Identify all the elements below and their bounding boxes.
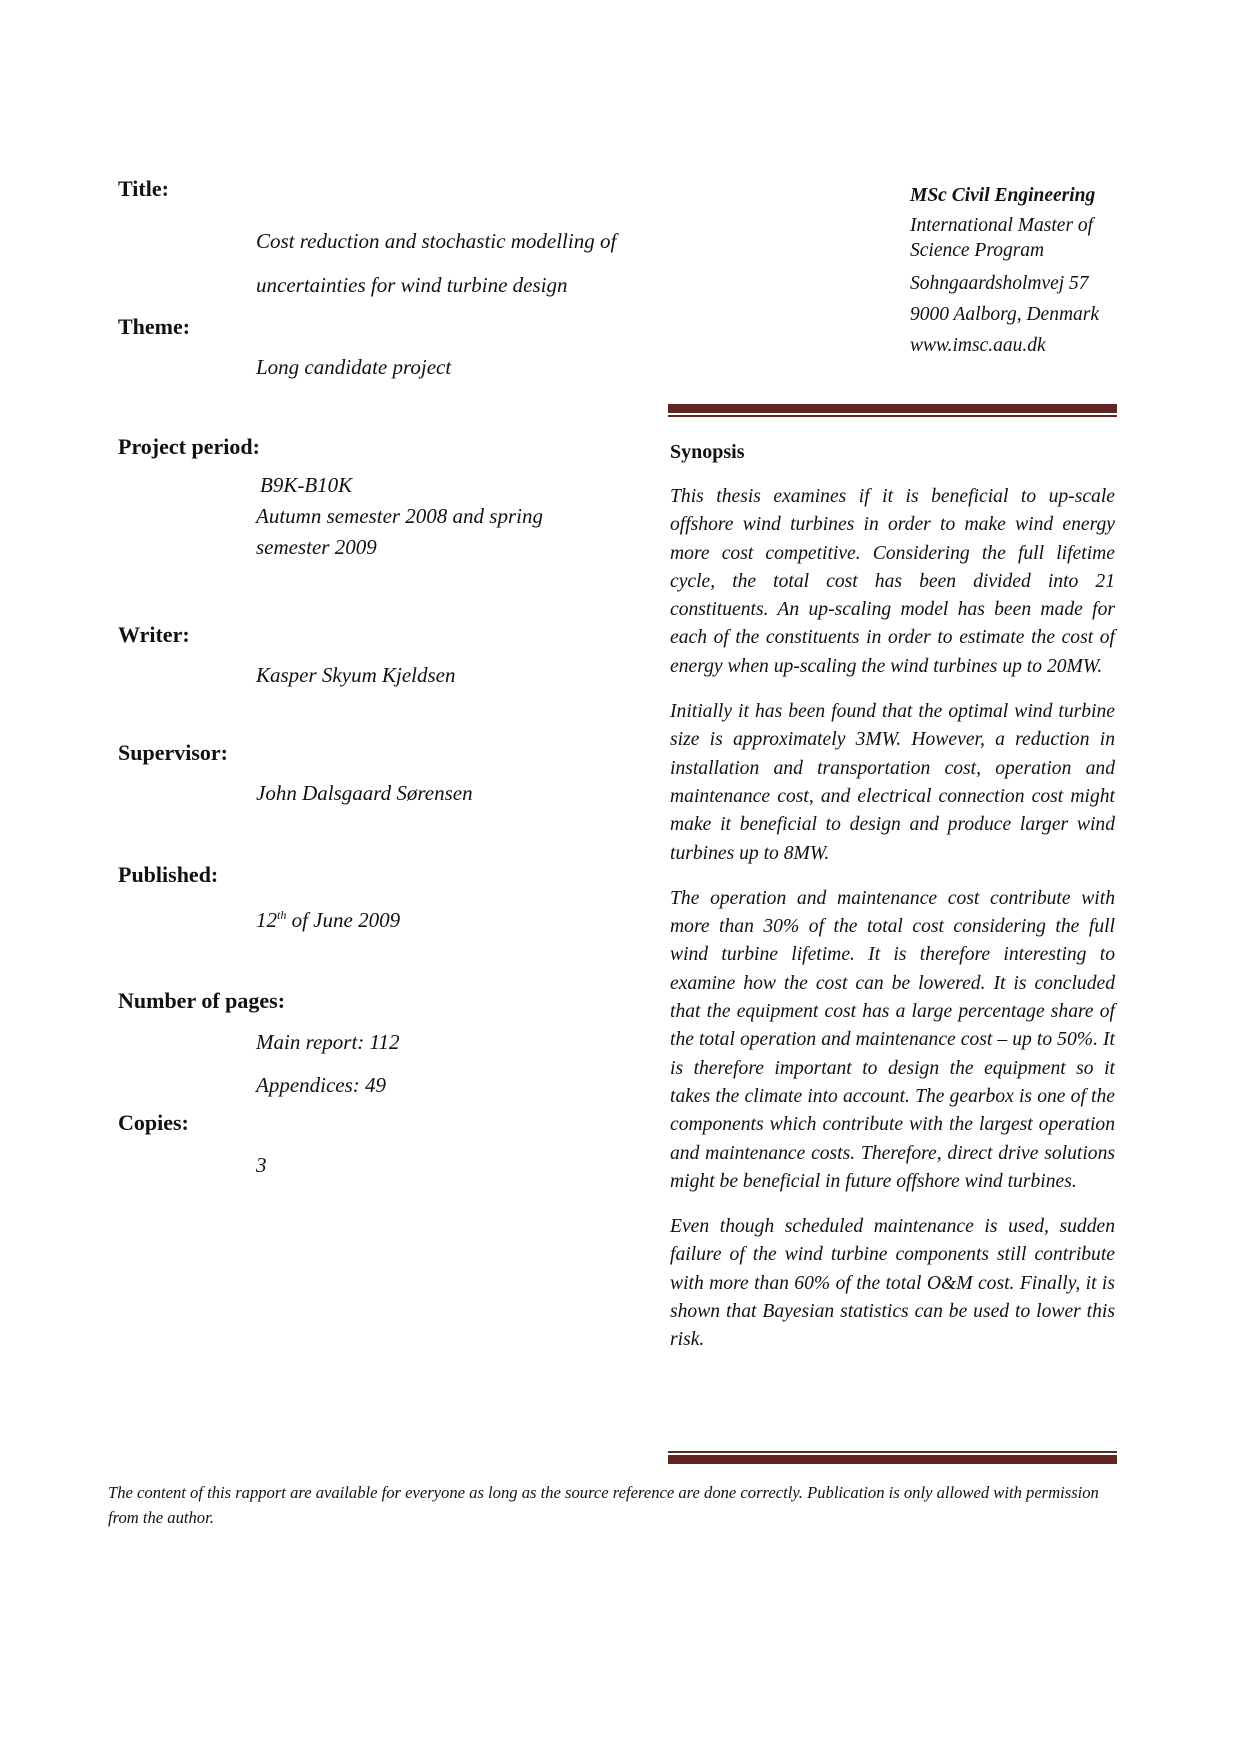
institution-website: www.imsc.aau.dk: [910, 330, 1150, 361]
published-day: 12: [256, 908, 277, 932]
institution-line-2: Science Program: [910, 238, 1150, 264]
published-value: 12th of June 2009: [256, 900, 400, 936]
synopsis-top-rule: [668, 404, 1117, 417]
project-period-line-3: semester 2009: [256, 532, 377, 563]
institution-city: 9000 Aalborg, Denmark: [910, 299, 1150, 330]
copies-label: Copies:: [118, 1110, 189, 1136]
institution-street: Sohngaardsholmvej 57: [910, 268, 1150, 299]
copyright-note: The content of this rapport are availabl…: [108, 1480, 1118, 1530]
title-label: Title:: [118, 176, 169, 202]
project-period-line-2: Autumn semester 2008 and spring: [256, 501, 543, 532]
title-value-line-1: Cost reduction and stochastic modelling …: [256, 226, 616, 257]
rule-thick: [668, 1455, 1117, 1464]
synopsis-paragraph: Even though scheduled maintenance is use…: [670, 1213, 1115, 1354]
supervisor-value: John Dalsgaard Sørensen: [256, 778, 473, 809]
published-month-year: of June 2009: [286, 908, 400, 932]
institution-line-1: International Master of: [910, 214, 1150, 238]
published-ordinal: th: [277, 908, 286, 922]
supervisor-label: Supervisor:: [118, 740, 228, 766]
synopsis-paragraph: This thesis examines if it is beneficial…: [670, 483, 1115, 681]
rule-thin: [668, 415, 1117, 417]
synopsis-heading: Synopsis: [670, 441, 745, 464]
main-report-pages: Main report: 112: [256, 1027, 399, 1058]
theme-value: Long candidate project: [256, 352, 451, 383]
published-label: Published:: [118, 862, 218, 888]
institution-block: MSc Civil Engineering International Mast…: [910, 180, 1150, 361]
appendices-pages: Appendices: 49: [256, 1070, 386, 1101]
synopsis-body: This thesis examines if it is beneficial…: [670, 483, 1115, 1372]
project-period-label: Project period:: [118, 434, 260, 460]
number-of-pages-label: Number of pages:: [118, 988, 285, 1014]
synopsis-paragraph: The operation and maintenance cost contr…: [670, 885, 1115, 1196]
program-name: MSc Civil Engineering: [910, 180, 1150, 211]
synopsis-bottom-rule: [668, 1451, 1117, 1464]
project-period-code: B9K-B10K: [260, 470, 352, 501]
title-value-line-2: uncertainties for wind turbine design: [256, 270, 567, 301]
writer-value: Kasper Skyum Kjeldsen: [256, 660, 455, 691]
writer-label: Writer:: [118, 622, 190, 648]
synopsis-paragraph: Initially it has been found that the opt…: [670, 698, 1115, 868]
theme-label: Theme:: [118, 314, 190, 340]
copies-value: 3: [256, 1150, 267, 1181]
rule-thick: [668, 404, 1117, 413]
